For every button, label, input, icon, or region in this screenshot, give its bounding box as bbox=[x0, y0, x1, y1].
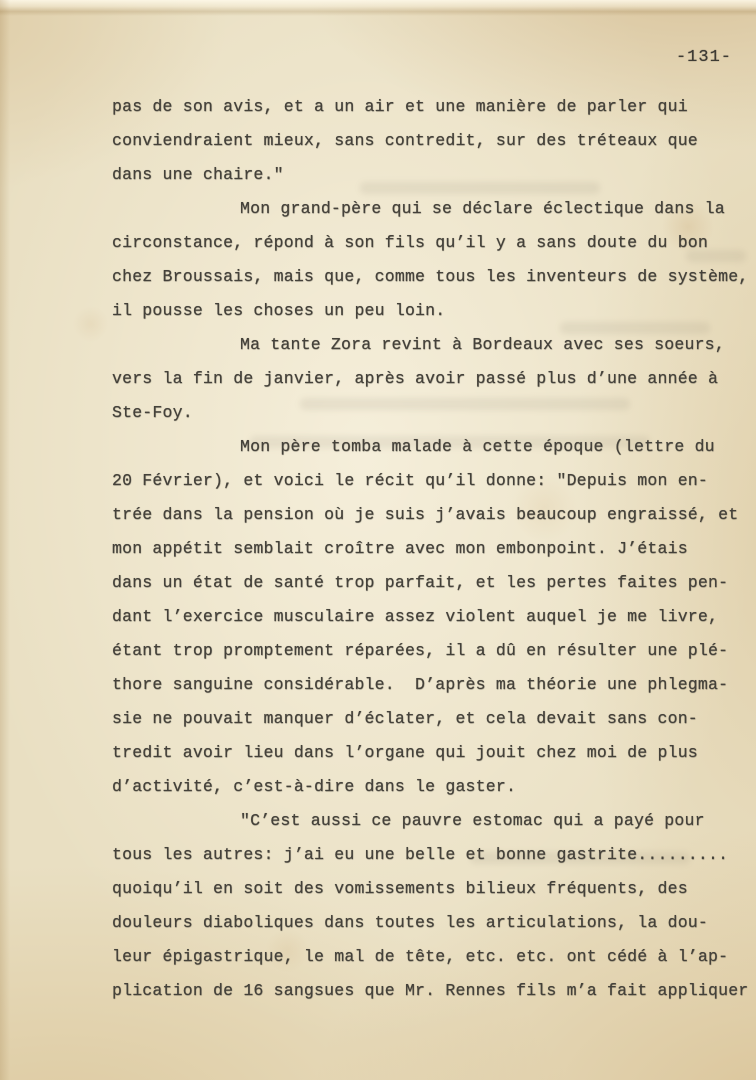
text-line: dans une chaire." bbox=[112, 158, 732, 192]
text-line: Mon père tomba malade à cette époque (le… bbox=[112, 430, 732, 464]
text-line: Mon grand-père qui se déclare éclectique… bbox=[112, 192, 732, 226]
text-line: trée dans la pension où je suis j’avais … bbox=[112, 498, 732, 532]
text-line: Ste-Foy. bbox=[112, 396, 732, 430]
page-number: -131- bbox=[676, 48, 732, 67]
text-line: étant trop promptement réparées, il a dû… bbox=[112, 634, 732, 668]
text-line: tredit avoir lieu dans l’organe qui joui… bbox=[112, 736, 732, 770]
text-line: thore sanguine considérable. D’après ma … bbox=[112, 668, 732, 702]
text-line: 20 Février), et voici le récit qu’il don… bbox=[112, 464, 732, 498]
text-line: vers la fin de janvier, après avoir pass… bbox=[112, 362, 732, 396]
text-line: pas de son avis, et a un air et une mani… bbox=[112, 90, 732, 124]
text-line: plication de 16 sangsues que Mr. Rennes … bbox=[112, 974, 732, 1008]
text-line: leur épigastrique, le mal de tête, etc. … bbox=[112, 940, 732, 974]
text-line: quoiqu’il en soit des vomissements bilie… bbox=[112, 872, 732, 906]
text-line: il pousse les choses un peu loin. bbox=[112, 294, 732, 328]
text-line: dans un état de santé trop parfait, et l… bbox=[112, 566, 732, 600]
text-line: chez Broussais, mais que, comme tous les… bbox=[112, 260, 732, 294]
text-line: douleurs diaboliques dans toutes les art… bbox=[112, 906, 732, 940]
typewritten-text-block: pas de son avis, et a un air et une mani… bbox=[112, 90, 732, 1008]
text-line: sie ne pouvait manquer d’éclater, et cel… bbox=[112, 702, 732, 736]
paper-edge-shadow bbox=[0, 0, 10, 1080]
text-line: conviendraient mieux, sans contredit, su… bbox=[112, 124, 732, 158]
paper-crease bbox=[0, 0, 756, 16]
manuscript-page: -131- pas de son avis, et a un air et un… bbox=[0, 0, 756, 1080]
text-line: "C’est aussi ce pauvre estomac qui a pay… bbox=[112, 804, 732, 838]
text-line: circonstance, répond à son fils qu’il y … bbox=[112, 226, 732, 260]
text-line: mon appétit semblait croître avec mon em… bbox=[112, 532, 732, 566]
text-line: Ma tante Zora revint à Bordeaux avec ses… bbox=[112, 328, 732, 362]
text-line: dant l’exercice musculaire assez violent… bbox=[112, 600, 732, 634]
text-line: d’activité, c’est-à-dire dans le gaster. bbox=[112, 770, 732, 804]
text-line: tous les autres: j’ai eu une belle et bo… bbox=[112, 838, 732, 872]
